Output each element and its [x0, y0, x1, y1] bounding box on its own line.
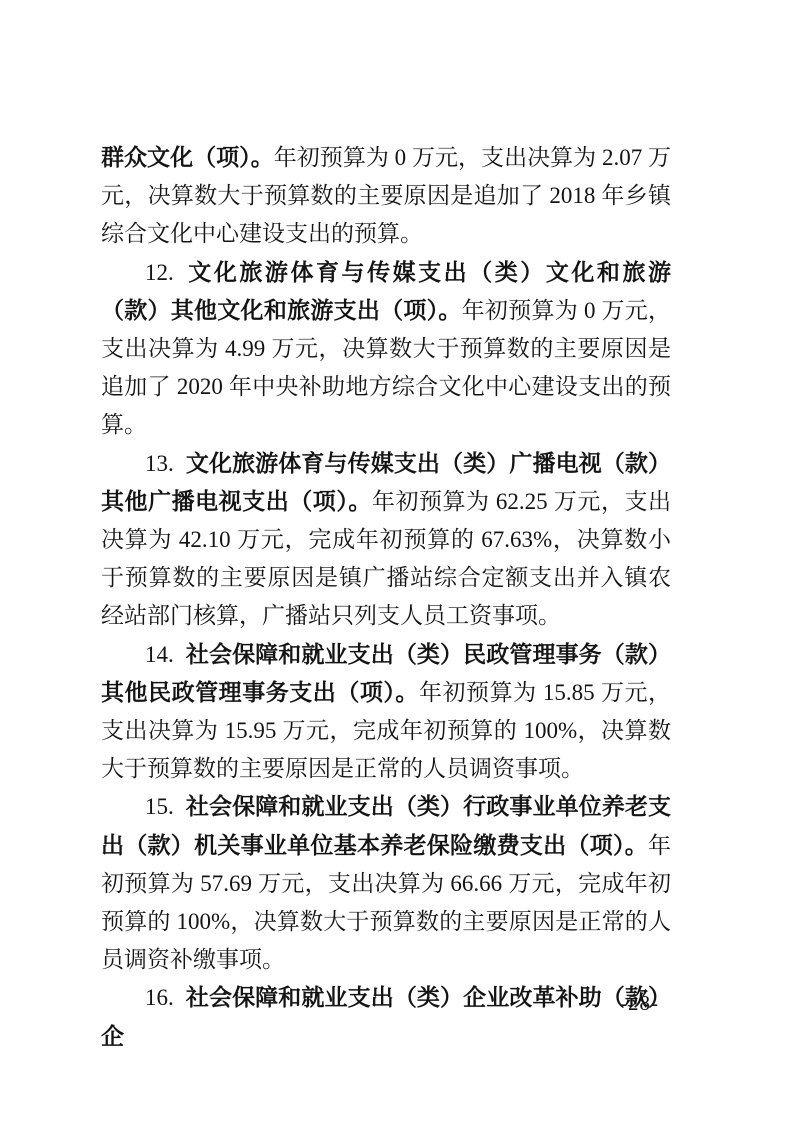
paragraph-item-15: 15.社会保障和就业支出（类）行政事业单位养老支出（款）机关事业单位基本养老保险… — [101, 788, 671, 979]
paragraph-item-14: 14.社会保障和就业支出（类）民政管理事务（款）其他民政管理事务支出（项）。年初… — [101, 636, 671, 789]
paragraph-continuation-qunzhong-wenhua: 群众文化（项）。年初预算为 0 万元，支出决算为 2.07 万元，决算数大于预算… — [101, 139, 671, 254]
page-number: -28- — [620, 991, 659, 1015]
item-number: 16. — [145, 985, 174, 1010]
paragraph-heading: 社会保障和就业支出（类）行政事业单位养老支出（款）机关事业单位基本养老保险缴费支… — [101, 794, 671, 857]
item-number: 14. — [145, 642, 174, 667]
item-number: 13. — [145, 451, 174, 476]
paragraph-item-16: 16.社会保障和就业支出（类）企业改革补助（款）企 — [101, 979, 671, 1055]
document-page: 群众文化（项）。年初预算为 0 万元，支出决算为 2.07 万元，决算数大于预算… — [0, 0, 793, 1122]
item-number: 12. — [145, 260, 174, 285]
document-body: 群众文化（项）。年初预算为 0 万元，支出决算为 2.07 万元，决算数大于预算… — [101, 139, 671, 1056]
paragraph-item-13: 13.文化旅游体育与传媒支出（类）广播电视（款）其他广播电视支出（项）。年初预算… — [101, 445, 671, 636]
paragraph-heading: 社会保障和就业支出（类）企业改革补助（款）企 — [101, 985, 671, 1048]
paragraph-heading: 群众文化（项）。 — [101, 145, 274, 170]
paragraph-item-12: 12.文化旅游体育与传媒支出（类）文化和旅游（款）其他文化和旅游支出（项）。年初… — [101, 254, 671, 445]
item-number: 15. — [145, 794, 174, 819]
